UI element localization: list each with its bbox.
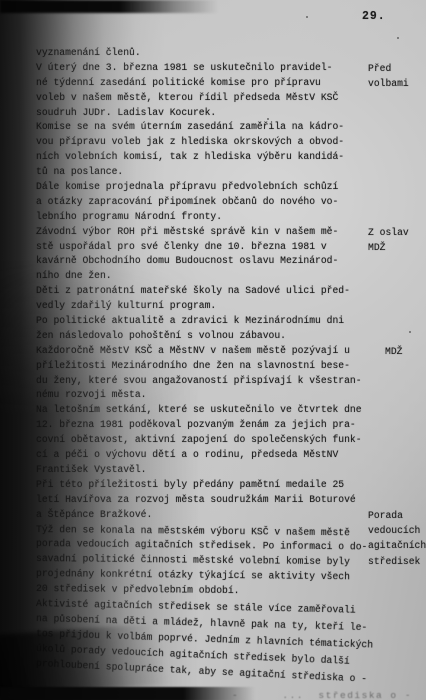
- margin-note-line: agitačních: [368, 538, 426, 553]
- ink-speck: [312, 97, 314, 99]
- ink-speck: [306, 16, 308, 18]
- scan-black-strip-bottom: [0, 687, 255, 700]
- margin-note-line: MDŽ: [368, 240, 409, 255]
- margin-note-line: MDŽ: [385, 344, 402, 359]
- margin-note: Z oslavMDŽ: [368, 225, 409, 255]
- ink-speck: [409, 331, 411, 333]
- margin-note-line: Z oslav: [368, 225, 409, 240]
- margin-note-line: Porada: [368, 508, 426, 523]
- margin-note: Předvolbami: [368, 61, 409, 91]
- margin-note: Poradavedoucíchagitačníchstředisek: [368, 508, 426, 569]
- margin-note-line: středisek: [368, 554, 426, 569]
- ink-speck: [397, 37, 399, 39]
- margin-note-line: Před: [368, 61, 409, 76]
- ink-speck: [267, 118, 269, 120]
- bleed-through-text: - ... střediska o -: [232, 690, 412, 700]
- scanned-document-page: 29. vyznamenání členů.V úterý dne 3. bře…: [0, 0, 426, 700]
- page-number: 29.: [362, 10, 386, 23]
- margin-note-line: vedoucích: [368, 523, 426, 538]
- margin-note: MDŽ: [385, 344, 402, 359]
- margin-note-line: volbami: [368, 76, 409, 91]
- scan-black-streak-top: [0, 0, 218, 13]
